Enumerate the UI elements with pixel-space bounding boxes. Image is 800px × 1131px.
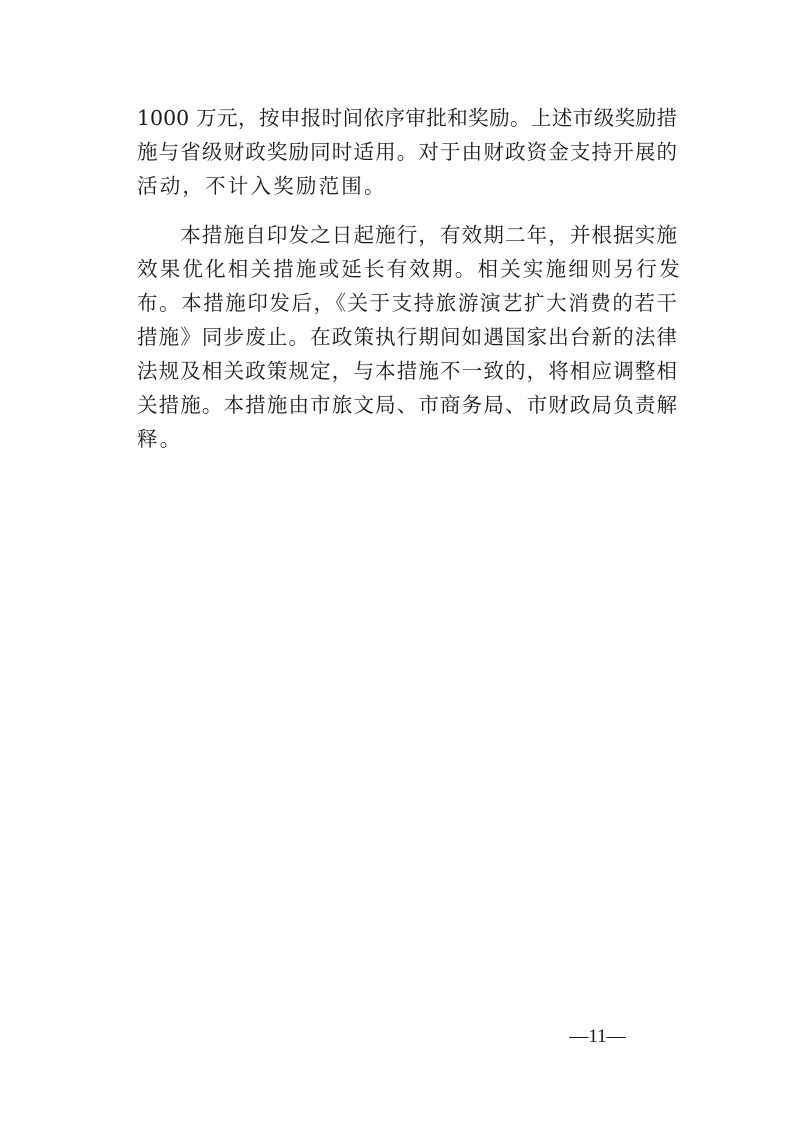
text-line: 本措施自印发之日起施行，有效期二年，并根据实施 bbox=[137, 223, 677, 247]
text-line: 关措施。本措施由市旅文局、市商务局、市财政局负责解 bbox=[137, 393, 677, 417]
text-line: 效果优化相关措施或延长有效期。相关实施细则另行发 bbox=[137, 257, 677, 281]
text-line: 释。 bbox=[137, 427, 677, 451]
text-line: 施与省级财政奖励同时适用。对于由财政资金支持开展的 bbox=[137, 140, 677, 164]
text-line: 法规及相关政策规定，与本措施不一致的，将相应调整相 bbox=[137, 359, 677, 383]
text-line: 措施》同步废止。在政策执行期间如遇国家出台新的法律 bbox=[137, 325, 677, 349]
text-line: 活动，不计入奖励范围。 bbox=[137, 174, 677, 198]
text-line: 1000 万元，按申报时间依序审批和奖励。上述市级奖励措 bbox=[137, 106, 677, 130]
document-page: 1000 万元，按申报时间依序审批和奖励。上述市级奖励措 施与省级财政奖励同时适… bbox=[0, 0, 800, 1131]
page-number: —11— bbox=[560, 1026, 635, 1048]
text-line: 布。本措施印发后，《关于支持旅游演艺扩大消费的若干 bbox=[137, 291, 677, 315]
